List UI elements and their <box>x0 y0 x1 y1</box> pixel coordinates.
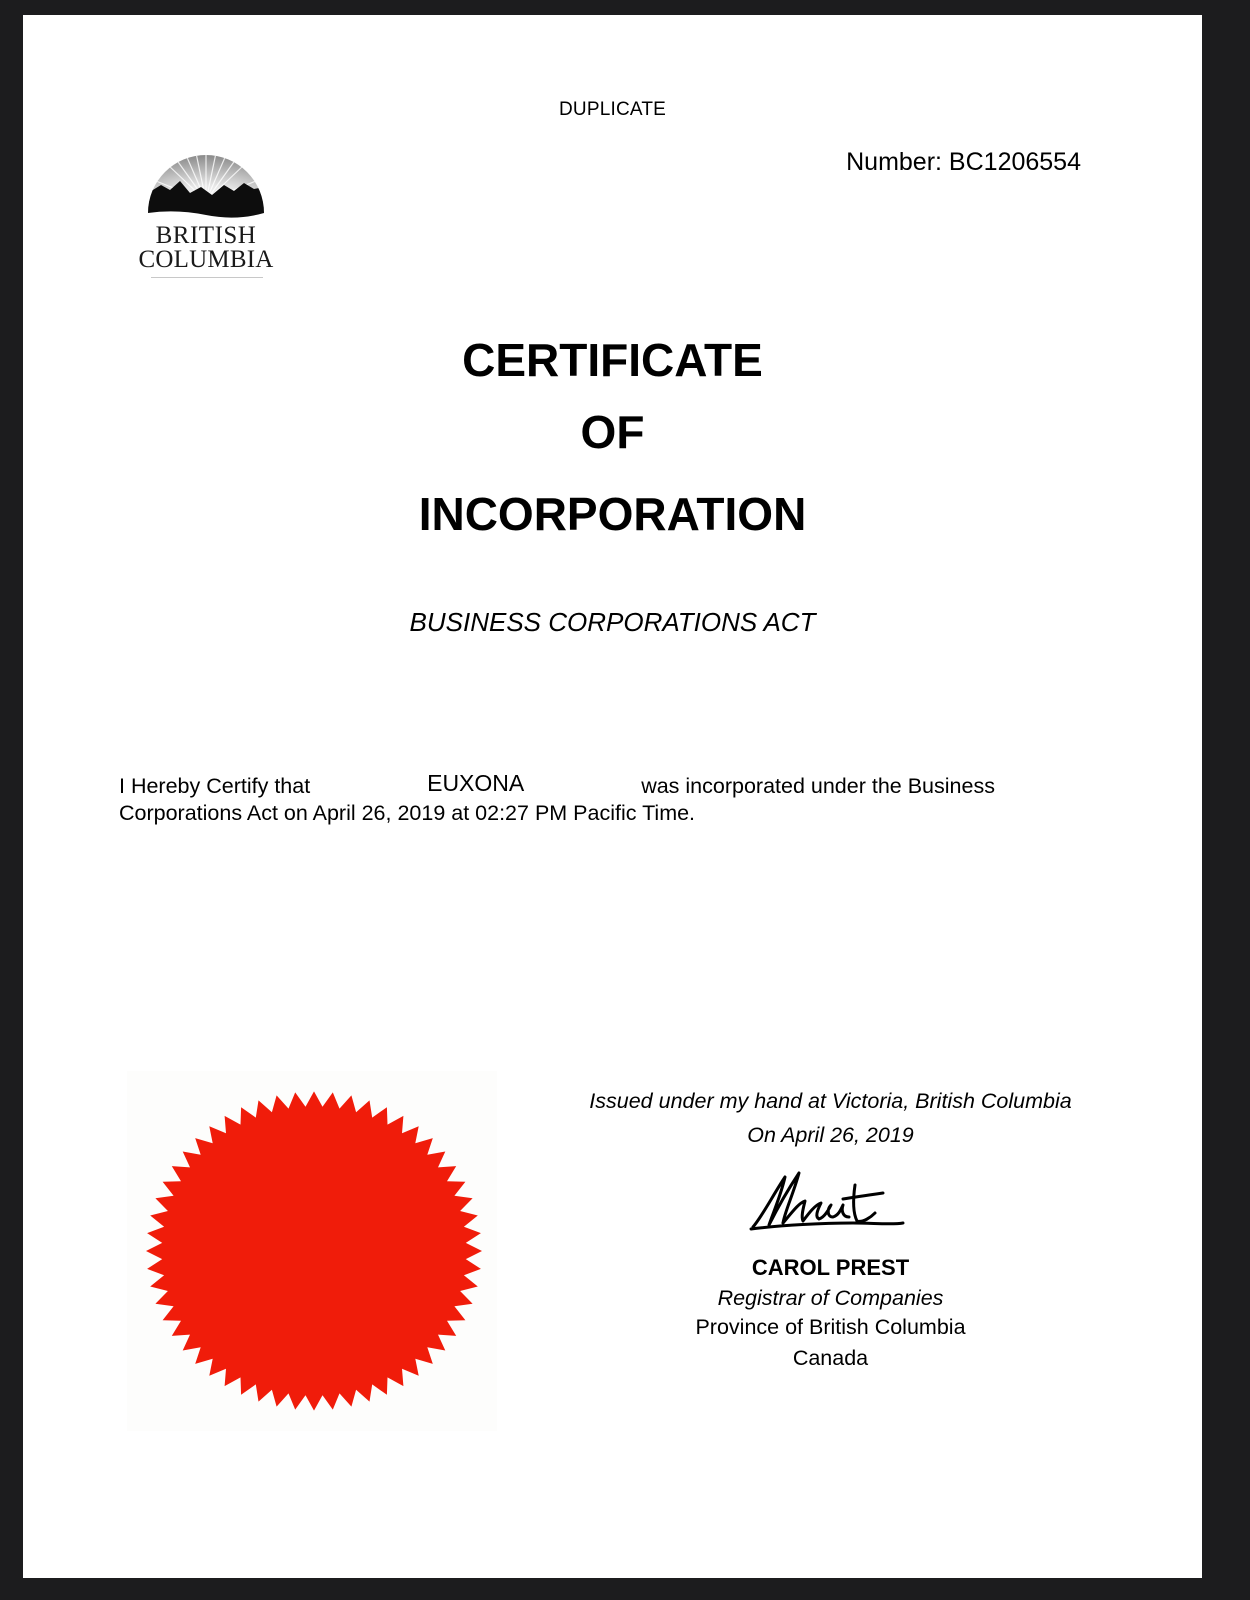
certificate-page: DUPLICATE Number: BC1206554 <box>23 15 1202 1578</box>
bc-logo: BRITISH COLUMBIA <box>126 143 286 283</box>
issued-place: Issued under my hand at Victoria, Britis… <box>563 1089 1098 1114</box>
registrar-name: CAROL PREST <box>563 1255 1098 1281</box>
logo-text-columbia: COLUMBIA <box>126 247 286 272</box>
country: Canada <box>563 1346 1098 1371</box>
company-name: EUXONA <box>310 770 641 797</box>
seal <box>127 1071 497 1431</box>
act-name: BUSINESS CORPORATIONS ACT <box>23 607 1202 638</box>
certification-statement: I Hereby Certify thatEUXONAwas incorpora… <box>119 772 1119 827</box>
certification-prefix: I Hereby Certify that <box>119 774 310 798</box>
logo-text-british: BRITISH <box>126 223 286 248</box>
duplicate-label: DUPLICATE <box>23 99 1202 121</box>
certificate-number: Number: BC1206554 <box>846 148 1081 177</box>
title-line-1: CERTIFICATE <box>23 337 1202 383</box>
bc-sun-mountains-logo-icon <box>126 143 286 223</box>
signature-icon <box>743 1165 913 1235</box>
red-seal-icon <box>127 1071 497 1431</box>
title-line-3: INCORPORATION <box>23 491 1202 537</box>
issued-date: On April 26, 2019 <box>563 1123 1098 1148</box>
province: Province of British Columbia <box>563 1315 1098 1340</box>
logo-rule <box>151 277 263 278</box>
registrar-title: Registrar of Companies <box>563 1286 1098 1311</box>
title-line-2: OF <box>23 409 1202 455</box>
